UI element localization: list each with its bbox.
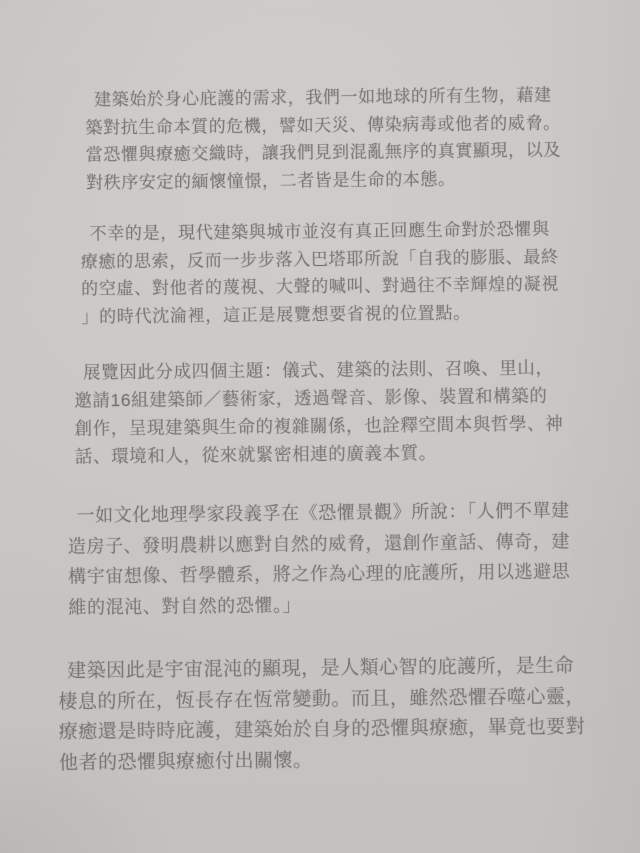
statement-paragraph-5: 建築因此是宇宙混沌的顯現，是人類心智的庇護所，是生命棲息的所在，恆長存在恆常變動… — [58, 651, 589, 779]
statement-paragraph-2: 不幸的是，現代建築與城市並沒有真正回應生命對於恐懼與療癒的思索，反而一步步落入巴… — [80, 215, 562, 330]
wall-text-photo: 建築始於身心庇護的需求，我們一如地球的所有生物，藉建築對抗生命本質的危機，譬如天… — [0, 0, 640, 853]
statement-paragraph-1: 建築始於身心庇護的需求，我們一如地球的所有生物，藉建築對抗生命本質的危機，譬如天… — [85, 81, 565, 196]
exhibition-statement-text: 建築始於身心庇護的需求，我們一如地球的所有生物，藉建築對抗生命本質的危機，譬如天… — [0, 81, 640, 780]
statement-paragraph-4: 一如文化地理學家段義孚在《恐懼景觀》所說：「人們不單建造房子、發明農耕以應對自然… — [67, 495, 572, 622]
statement-paragraph-3: 展覽因此分成四個主題：儀式、建築的法則、召喚、里山，邀請16組建築師／藝術家，透… — [74, 353, 566, 470]
